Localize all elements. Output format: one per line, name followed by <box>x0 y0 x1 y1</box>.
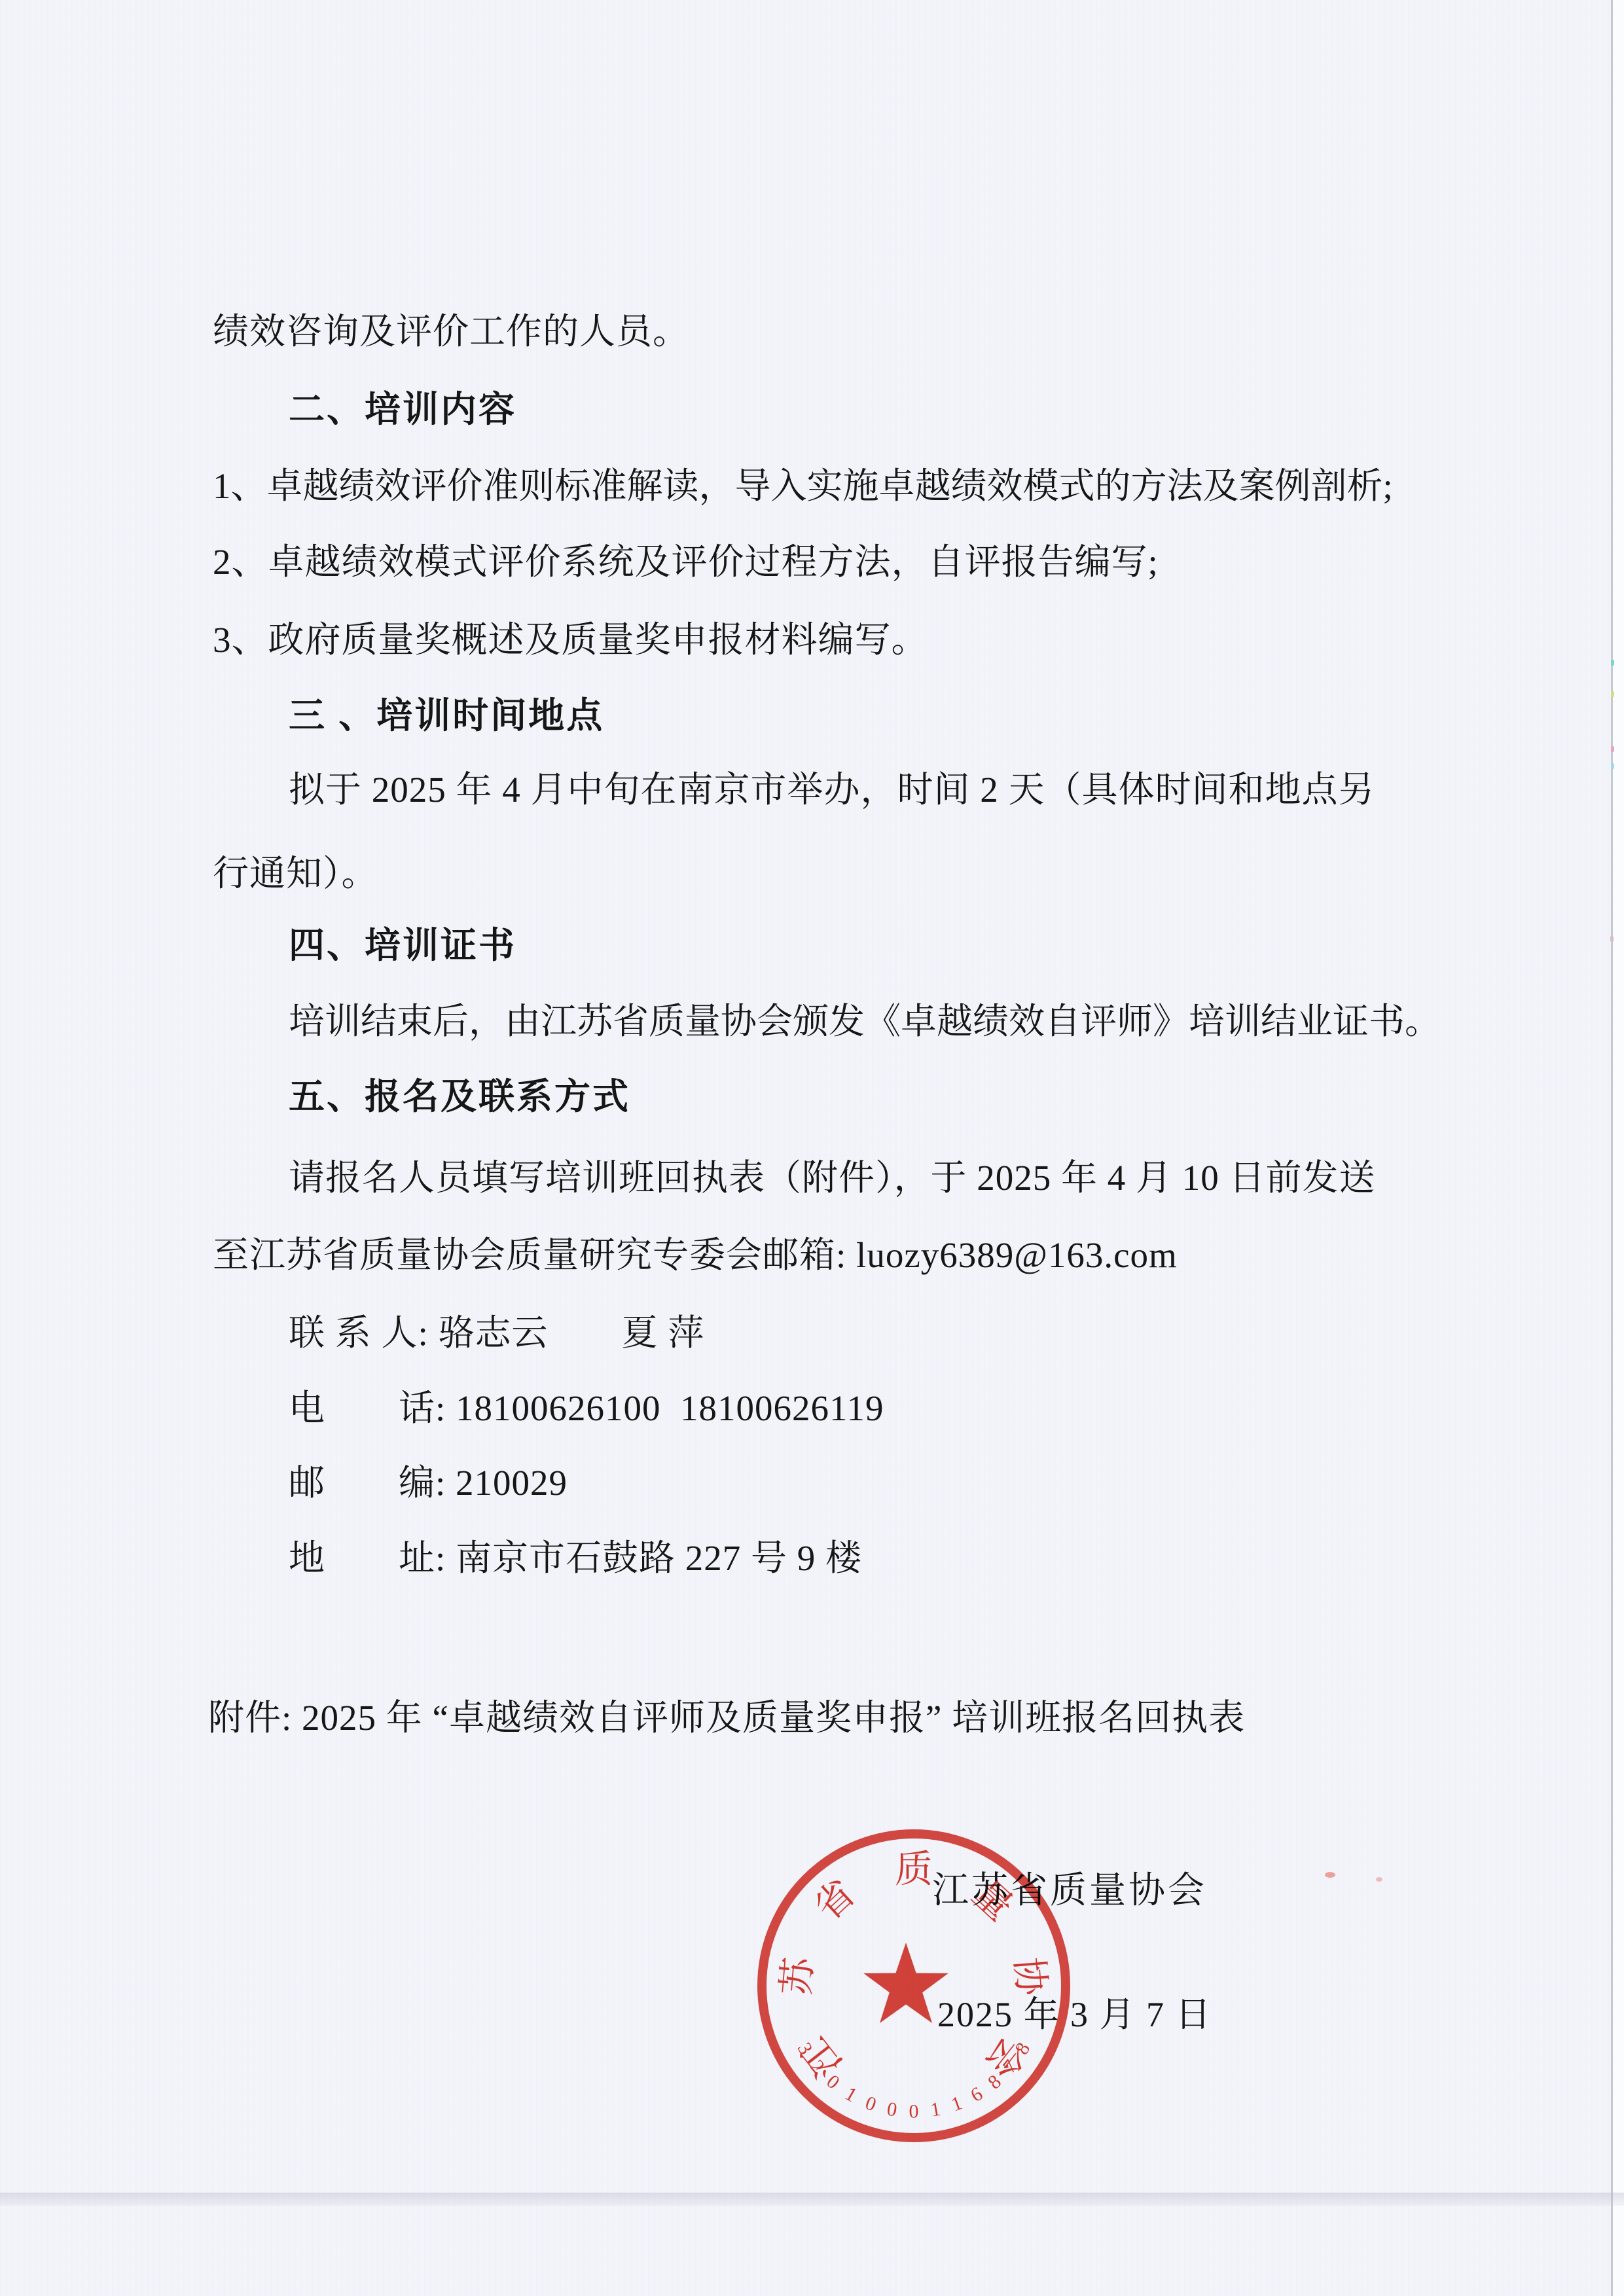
scan-bottom-band <box>0 2193 1624 2206</box>
section5-heading: 五、报名及联系方式 <box>289 1057 630 1136</box>
svg-text:量: 量 <box>964 1872 1021 1929</box>
svg-text:0: 0 <box>909 2101 919 2123</box>
section2-heading: 二、培训内容 <box>289 370 516 448</box>
scanned-document-page: 绩效咨询及评价工作的人员。 二、培训内容 1、卓越绩效评价准则标准解读，导入实施… <box>0 0 1624 2296</box>
scan-speck <box>1611 763 1614 769</box>
scan-edge-strip <box>1613 0 1624 2296</box>
section3-line1: 拟于 2025 年 4 月中旬在南京市举办，时间 2 天（具体时间和地点另 <box>289 751 1375 829</box>
scan-speck <box>1611 691 1614 697</box>
seal-graphic: 江苏省质量协会 3201000116878 <box>750 1822 1077 2149</box>
svg-text:6: 6 <box>967 2083 986 2106</box>
section3-line2: 行通知）。 <box>213 834 378 913</box>
attachment-line: 附件: 2025 年 “卓越绩效自评师及质量奖申报” 培训班报名回执表 <box>208 1679 1245 1757</box>
contact-phone-line: 电 话: 18100626100 18100626119 <box>289 1369 884 1448</box>
svg-text:0: 0 <box>863 2092 879 2115</box>
contact-address-line: 地 址: 南京市石鼓路 227 号 9 楼 <box>289 1519 862 1598</box>
svg-text:0: 0 <box>885 2098 899 2121</box>
scan-speck <box>1611 660 1614 666</box>
svg-text:省: 省 <box>806 1872 863 1929</box>
scan-speck <box>1610 936 1614 942</box>
seal-star-icon <box>863 1943 948 2023</box>
stamp-ink-smudge <box>1376 1877 1382 1882</box>
section2-item3: 3、政府质量奖概述及质量奖申报材料编写。 <box>213 601 928 679</box>
section5-line1: 请报名人员填写培训班回执表（附件），于 2025 年 4 月 10 日前发送 <box>289 1139 1376 1217</box>
svg-text:苏: 苏 <box>775 1954 821 1997</box>
section2-item1: 1、卓越绩效评价准则标准解读，导入实施卓越绩效模式的方法及案例剖析; <box>213 447 1393 526</box>
svg-text:质: 质 <box>895 1848 933 1891</box>
scan-speck <box>1611 746 1614 752</box>
svg-text:协: 协 <box>1007 1956 1053 1998</box>
section3-heading: 三 、培训时间地点 <box>289 676 604 755</box>
section4-heading: 四、培训证书 <box>289 906 516 984</box>
stamp-ink-smudge <box>1325 1872 1335 1878</box>
section4-line1: 培训结束后，由江苏省质量协会颁发《卓越绩效自评师》培训结业证书。 <box>289 982 1441 1061</box>
svg-text:1: 1 <box>841 2083 860 2106</box>
section2-item2: 2、卓越绩效模式评价系统及评价过程方法，自评报告编写; <box>213 523 1159 601</box>
section5-line2-email: 至江苏省质量协会质量研究专委会邮箱: luozy6389@163.com <box>213 1216 1178 1295</box>
contact-name-line: 联 系 人: 骆志云 夏 萍 <box>289 1294 704 1372</box>
contact-zip-line: 邮 编: 210029 <box>289 1444 568 1522</box>
scan-edge-line <box>1611 0 1613 2296</box>
official-seal-stamp: 江苏省质量协会 3201000116878 <box>750 1822 1077 2149</box>
intro-line: 绩效咨询及评价工作的人员。 <box>213 293 689 371</box>
svg-text:1: 1 <box>948 2092 965 2115</box>
svg-text:1: 1 <box>929 2098 943 2121</box>
